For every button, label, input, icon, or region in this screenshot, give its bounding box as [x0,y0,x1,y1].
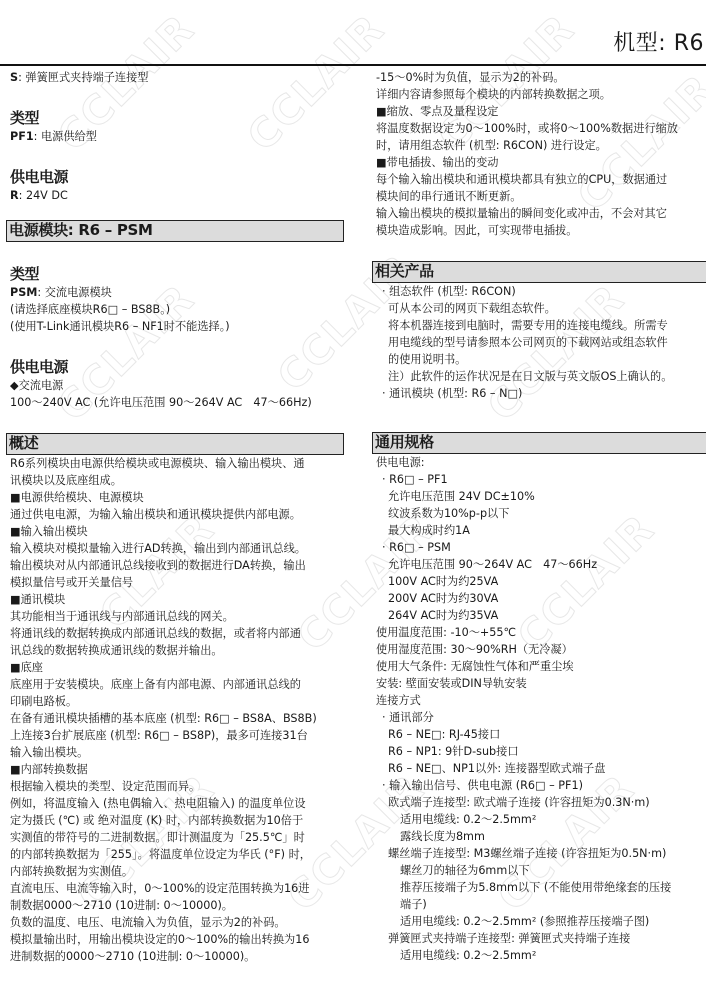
overview-line: ■底座 [10,659,344,676]
supply-r-line: R: 24V DC [10,187,344,204]
type-heading: 类型 [10,108,344,128]
header-divider [0,64,706,66]
spec-line: · 通讯部分 [376,709,706,726]
psm-note: (请选择底座模块R6□ – BS8B。) [10,301,344,318]
related-line: 的使用说明书。 [376,351,706,368]
spec-line: 螺丝刀的轴径为6mm以下 [376,862,706,879]
pf1-text: : 电源供给型 [34,130,97,143]
psm-line: PSM: 交流电源模块 [10,284,344,301]
spec-line: 允许电压范围 90～264V AC 47～66Hz [376,556,706,573]
overview-line: 输入输出模块。 [10,744,344,761]
psm-text: : 交流电源模块 [37,286,111,299]
overview-line: 内部转换数据为实测值。 [10,863,344,880]
spec-line: R6 – NE□、NP1以外: 连接器型欧式端子盘 [376,760,706,777]
overview-line: ■内部转换数据 [10,761,344,778]
s-text: : 弹簧匣式夹持端子连接型 [18,71,148,84]
spec-line: 弹簧匣式夹持端子连接型: 弹簧匣式夹持端子连接 [376,930,706,947]
related-line: 用电缆线的型号请参照本公司网页的下载网站或组态软件 [376,334,706,351]
related-line: · 通讯模块 (机型: R6 – N□) [376,385,706,402]
overview-line: 底座用于安装模块。底座上备有内部电源、内部通讯总线的 [10,676,344,693]
overview-line: 例如，将温度输入 (热电偶输入、热电阻输入) 的温度单位设 [10,795,344,812]
continued-line: 时，请用组态软件 (机型: R6CON) 进行设定。 [376,137,706,154]
overview-line: 定为摄氏 (℃) 或 绝对温度 (K) 时，内部转换数据为10倍于 [10,812,344,829]
overview-line: R6系列模块由电源供给模块或电源模块、输入输出模块、通 [10,455,344,472]
s-code: S [10,71,18,84]
overview-line: ■输入输出模块 [10,523,344,540]
spec-line: · R6□ – PSM [376,539,706,556]
spec-line: 264V AC时为约35VA [376,607,706,624]
continued-line: ■带电插拔、输出的变动 [376,154,706,171]
pf1-code: PF1 [10,130,34,143]
related-line: 注）此软件的运作状况是在日文版与英文版OS上确认的。 [376,368,706,385]
related-body: · 组态软件 (机型: R6CON)可从本公司的网页下载组态软件。将本机器连接到… [376,283,706,402]
continued-line: 将温度数据设定为0～100%时，或将0～100%数据进行缩放 [376,120,706,137]
overview-line: 直流电压、电流等输入时，0～100%的设定范围转换为16进 [10,880,344,897]
continued-body: -15～0%时为负值，显示为2的补码。详细内容请参照每个模块的内部转换数据之项。… [376,69,706,239]
overview-line: 将通讯线的数据转换成内部通讯总线的数据，或者将内部通 [10,625,344,642]
spec-line: 安装: 壁面安装或DIN导轨安装 [376,675,706,692]
s-type-line: S: 弹簧匣式夹持端子连接型 [10,69,344,86]
psm-code: PSM [10,286,37,299]
overview-line: 印刷电路板。 [10,693,344,710]
continued-line: ■缩放、零点及量程设定 [376,103,706,120]
overview-line: 实测值的带符号的二进制数据。即计测温度为「25.5℃」时 [10,829,344,846]
section-related-products: 相关产品 [372,261,706,283]
overview-line: 其功能相当于通讯线与内部通讯总线的网关。 [10,608,344,625]
overview-line: 负数的温度、电压、电流输入为负值，显示为2的补码。 [10,914,344,931]
spec-line: 螺丝端子连接型: M3螺丝端子连接 (许容扭矩为0.5N·m) [376,845,706,862]
spec-line: 适用电缆线: 0.2～2.5mm² [376,811,706,828]
related-line: 可从本公司的网页下载组态软件。 [376,300,706,317]
spec-line: 适用电缆线: 0.2～2.5mm² [376,947,706,964]
section-general-specs: 通用规格 [372,432,706,454]
overview-line: 通过供电电源，为输入输出模块和通讯模块提供内部电源。 [10,506,344,523]
overview-line: 根据输入模块的类型、设定范围而异。 [10,778,344,795]
model-title: 机型: R6 [613,26,704,57]
overview-line: 在备有通讯模块插槽的基本底座 (机型: R6□ – BS8A、BS8B) [10,710,344,727]
left-column: S: 弹簧匣式夹持端子连接型 类型 PF1: 电源供给型 供电电源 R: 24V… [10,69,344,965]
spec-line: 使用湿度范围: 30～90%RH（无冷凝） [376,641,706,658]
spec-line: 100V AC时为约25VA [376,573,706,590]
spec-line: 最大构成时约1A [376,522,706,539]
continued-line: 模块造成影响。因此，可实现带电插拔。 [376,222,706,239]
spec-line: 欧式端子连接型: 欧式端子连接 (许容扭矩为0.3N·m) [376,794,706,811]
pf1-line: PF1: 电源供给型 [10,128,344,145]
supply-heading: 供电电源 [10,167,344,187]
section-psm: 电源模块: R6 – PSM [6,220,344,242]
continued-line: 每个输入输出模块和通讯模块都具有独立的CPU，数据通过 [376,171,706,188]
related-line: 将本机器连接到电脑时，需要专用的连接电缆线。所需专 [376,317,706,334]
overview-line: 模拟量信号或开关量信号 [10,574,344,591]
spec-line: 端子) [376,896,706,913]
r-text: : 24V DC [19,189,68,202]
overview-line: 讯模块以及底座组成。 [10,472,344,489]
overview-line: 进制数据的0000～2710 (10进制: 0～10000)。 [10,948,344,965]
r-code: R [10,189,19,202]
spec-line: · R6□ – PF1 [376,471,706,488]
overview-line: ■通讯模块 [10,591,344,608]
continued-line: -15～0%时为负值，显示为2的补码。 [376,69,706,86]
spec-line: R6 – NE□: RJ-45接口 [376,726,706,743]
spec-line: 推荐压接端子为5.8mm以下 (不能使用带绝缘套的压接 [376,879,706,896]
overview-line: 讯总线的数据转换成通讯线的数据并输出。 [10,642,344,659]
spec-line: 200V AC时为约30VA [376,590,706,607]
overview-line: 输出模块对从内部通讯总线接收到的数据进行DA转换，输出 [10,557,344,574]
section-overview: 概述 [6,433,344,455]
psm-note: (使用T-Link通讯模块R6 – NF1时不能选择。) [10,318,344,335]
supply-item: ◆交流电源 [10,377,344,394]
right-column: -15～0%时为负值，显示为2的补码。详细内容请参照每个模块的内部转换数据之项。… [376,69,706,964]
overview-line: 模拟量输出时，用输出模块设定的0～100%的输出转换为16 [10,931,344,948]
overview-line: 上连接3台扩展底座 (机型: R6□ – BS8P)，最多可连接31台 [10,727,344,744]
spec-line: 纹波系数为10%p-p以下 [376,505,706,522]
spec-line: · 输入输出信号、供电电源 (R6□ – PF1) [376,777,706,794]
overview-line: ■电源供给模块、电源模块 [10,489,344,506]
spec-line: 连接方式 [376,692,706,709]
supply-item: 100～240V AC (允许电压范围 90～264V AC 47～66Hz) [10,394,344,411]
continued-line: 模块间的串行通讯不断更新。 [376,188,706,205]
continued-line: 详细内容请参照每个模块的内部转换数据之项。 [376,86,706,103]
continued-line: 输入输出模块的模拟量输出的瞬间变化或冲击，不会对其它 [376,205,706,222]
overview-body: R6系列模块由电源供给模块或电源模块、输入输出模块、通讯模块以及底座组成。■电源… [10,455,344,965]
spec-line: 允许电压范围 24V DC±10% [376,488,706,505]
spec-line: 使用温度范围: -10～+55℃ [376,624,706,641]
supply-heading-psm: 供电电源 [10,357,344,377]
specs-body: 供电电源:· R6□ – PF1允许电压范围 24V DC±10%纹波系数为10… [376,454,706,964]
spec-line: 适用电缆线: 0.2～2.5mm² (参照推荐压接端子图) [376,913,706,930]
type-heading-psm: 类型 [10,264,344,284]
related-line: · 组态软件 (机型: R6CON) [376,283,706,300]
spec-line: 供电电源: [376,454,706,471]
spec-line: 使用大气条件: 无腐蚀性气体和严重尘埃 [376,658,706,675]
overview-line: 输入模块对模拟量输入进行AD转换，输出到内部通讯总线。 [10,540,344,557]
spec-line: R6 – NP1: 9针D-sub接口 [376,743,706,760]
overview-line: 制数据0000～2710 (10进制: 0～10000)。 [10,897,344,914]
overview-line: 的内部转换数据为「255」。将温度单位设定为华氏 (°F) 时， [10,846,344,863]
spec-line: 露线长度为8mm [376,828,706,845]
